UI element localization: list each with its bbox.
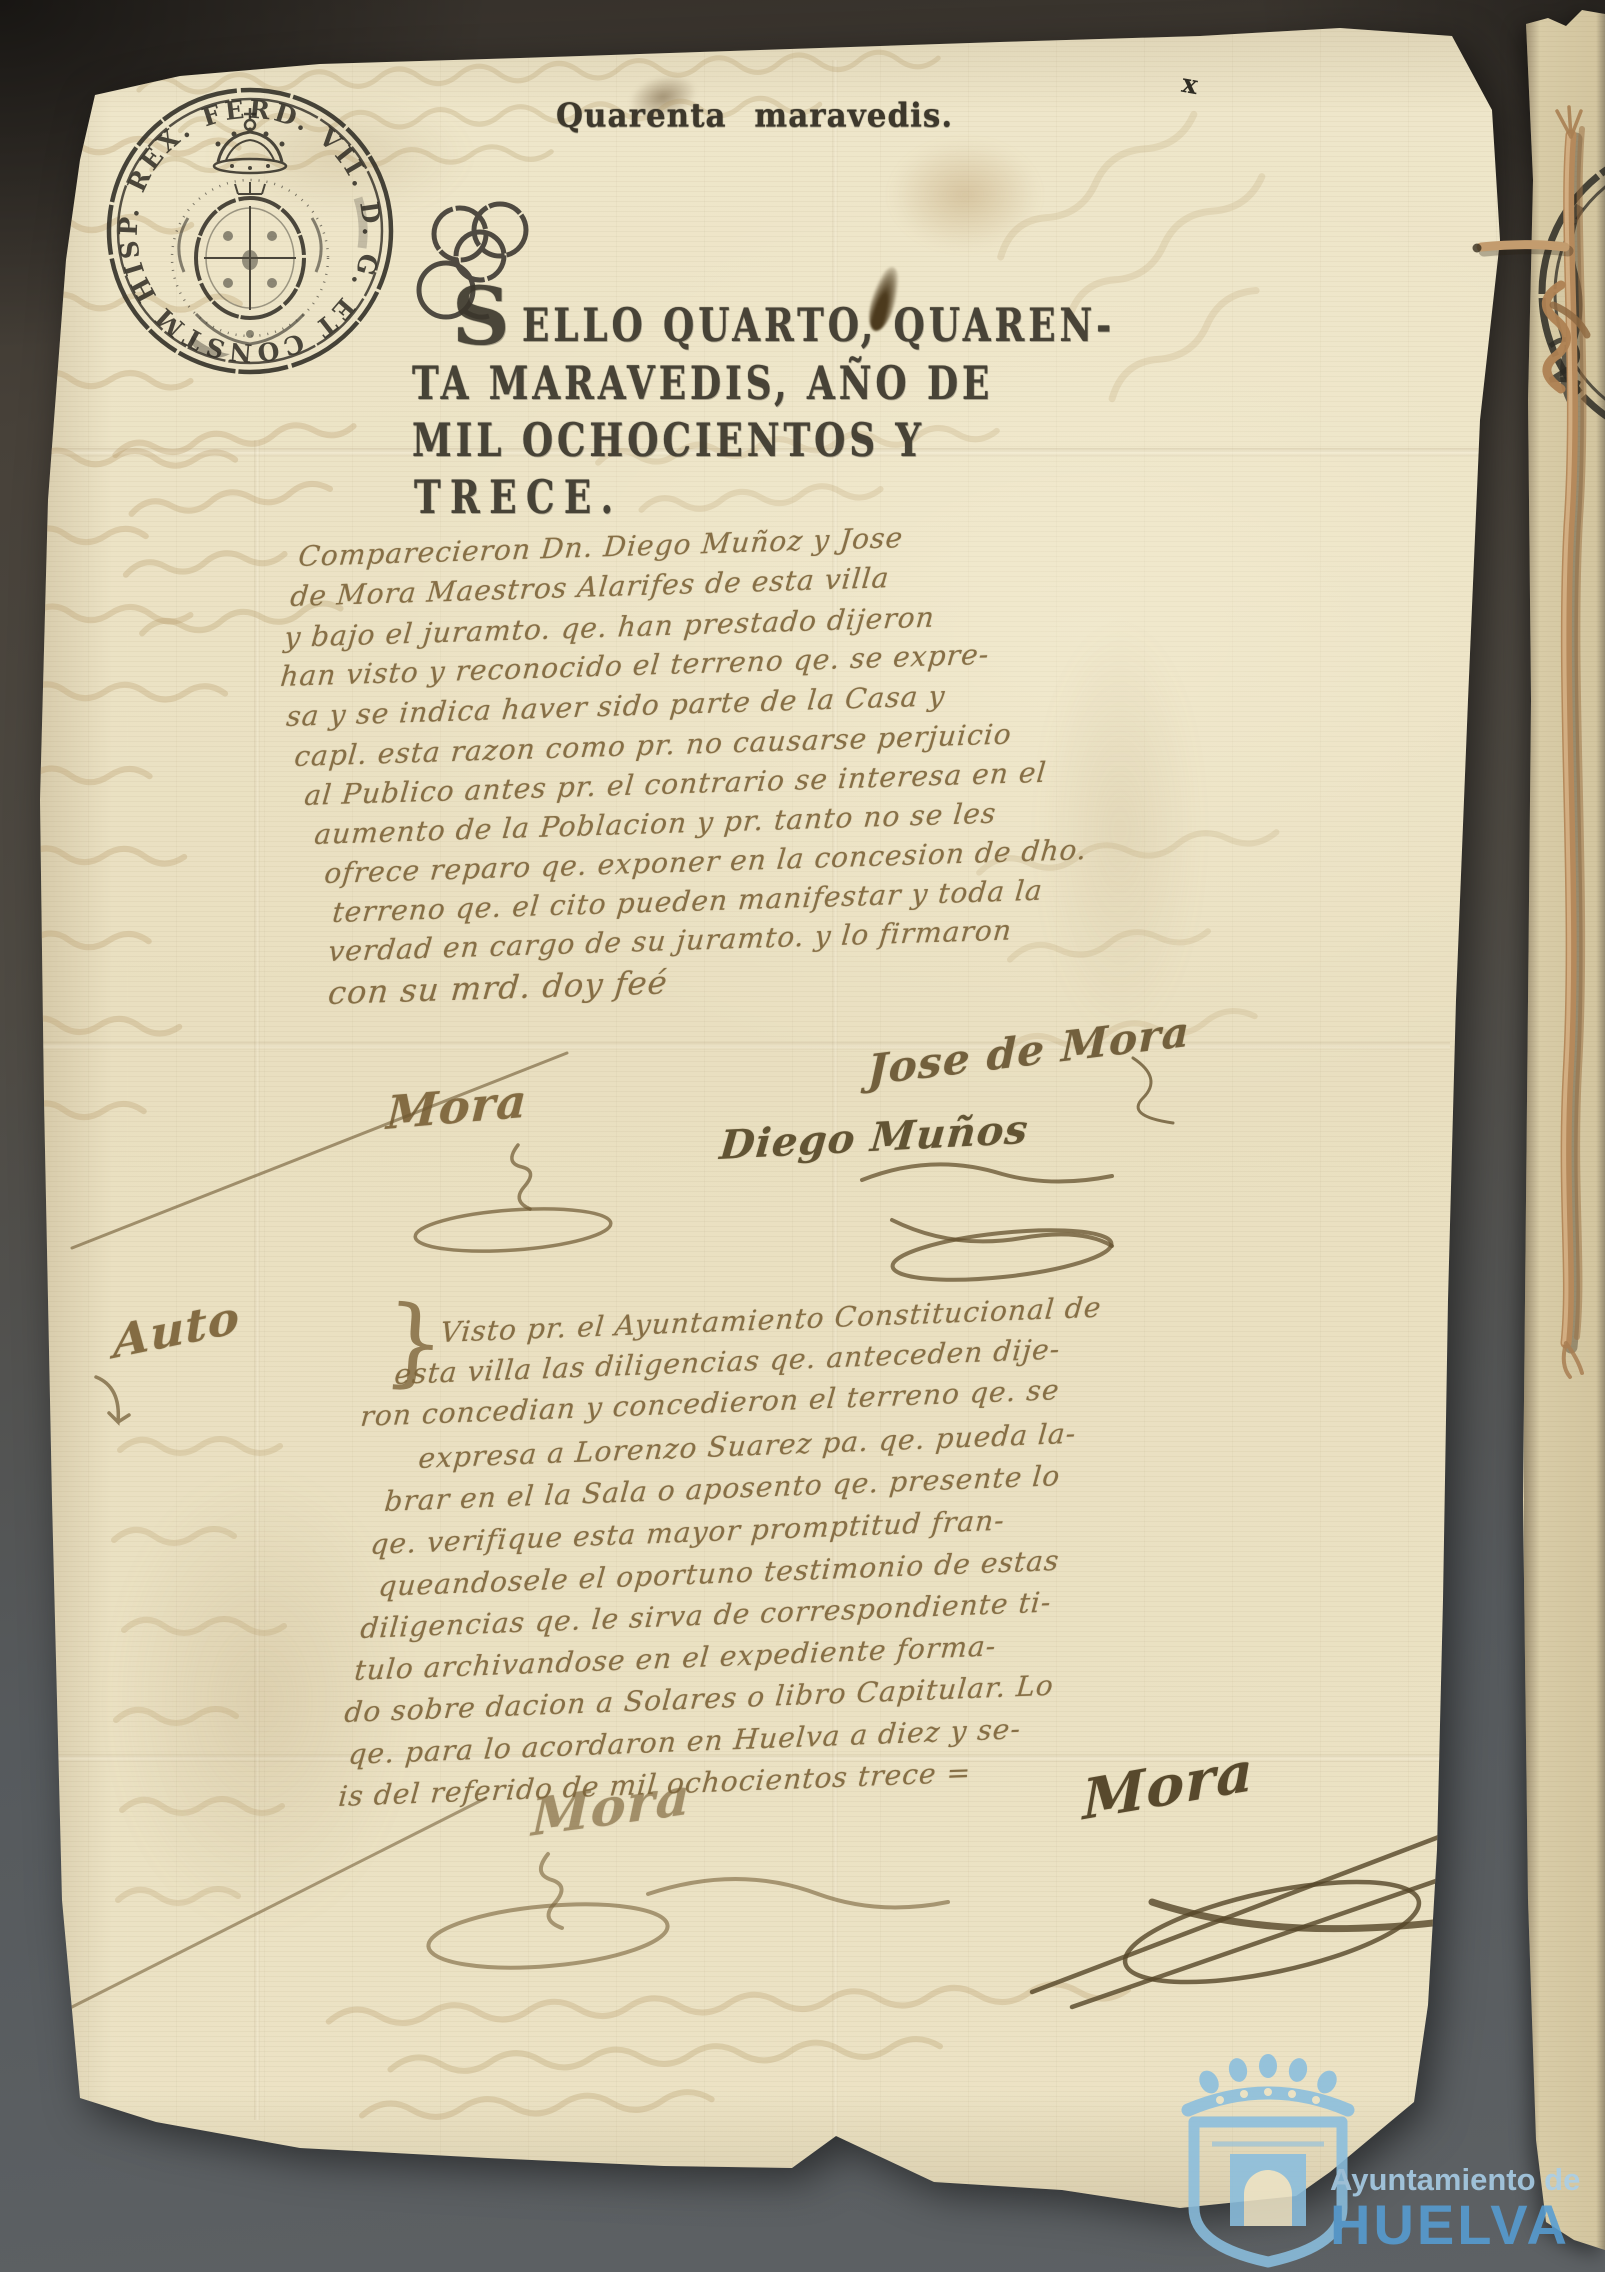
photograph-background: HISP. REX. FERD. VII. D. G. ET CONSTMONA… (0, 0, 1605, 2272)
binding-cord (1465, 95, 1605, 1355)
second-page-edge-wrap (0, 0, 1605, 2272)
second-page-edge (0, 0, 1605, 2272)
huelva-watermark: Ayuntamiento de HUELVA (1172, 2058, 1605, 2272)
watermark-city-text: HUELVA (1330, 2192, 1570, 2257)
